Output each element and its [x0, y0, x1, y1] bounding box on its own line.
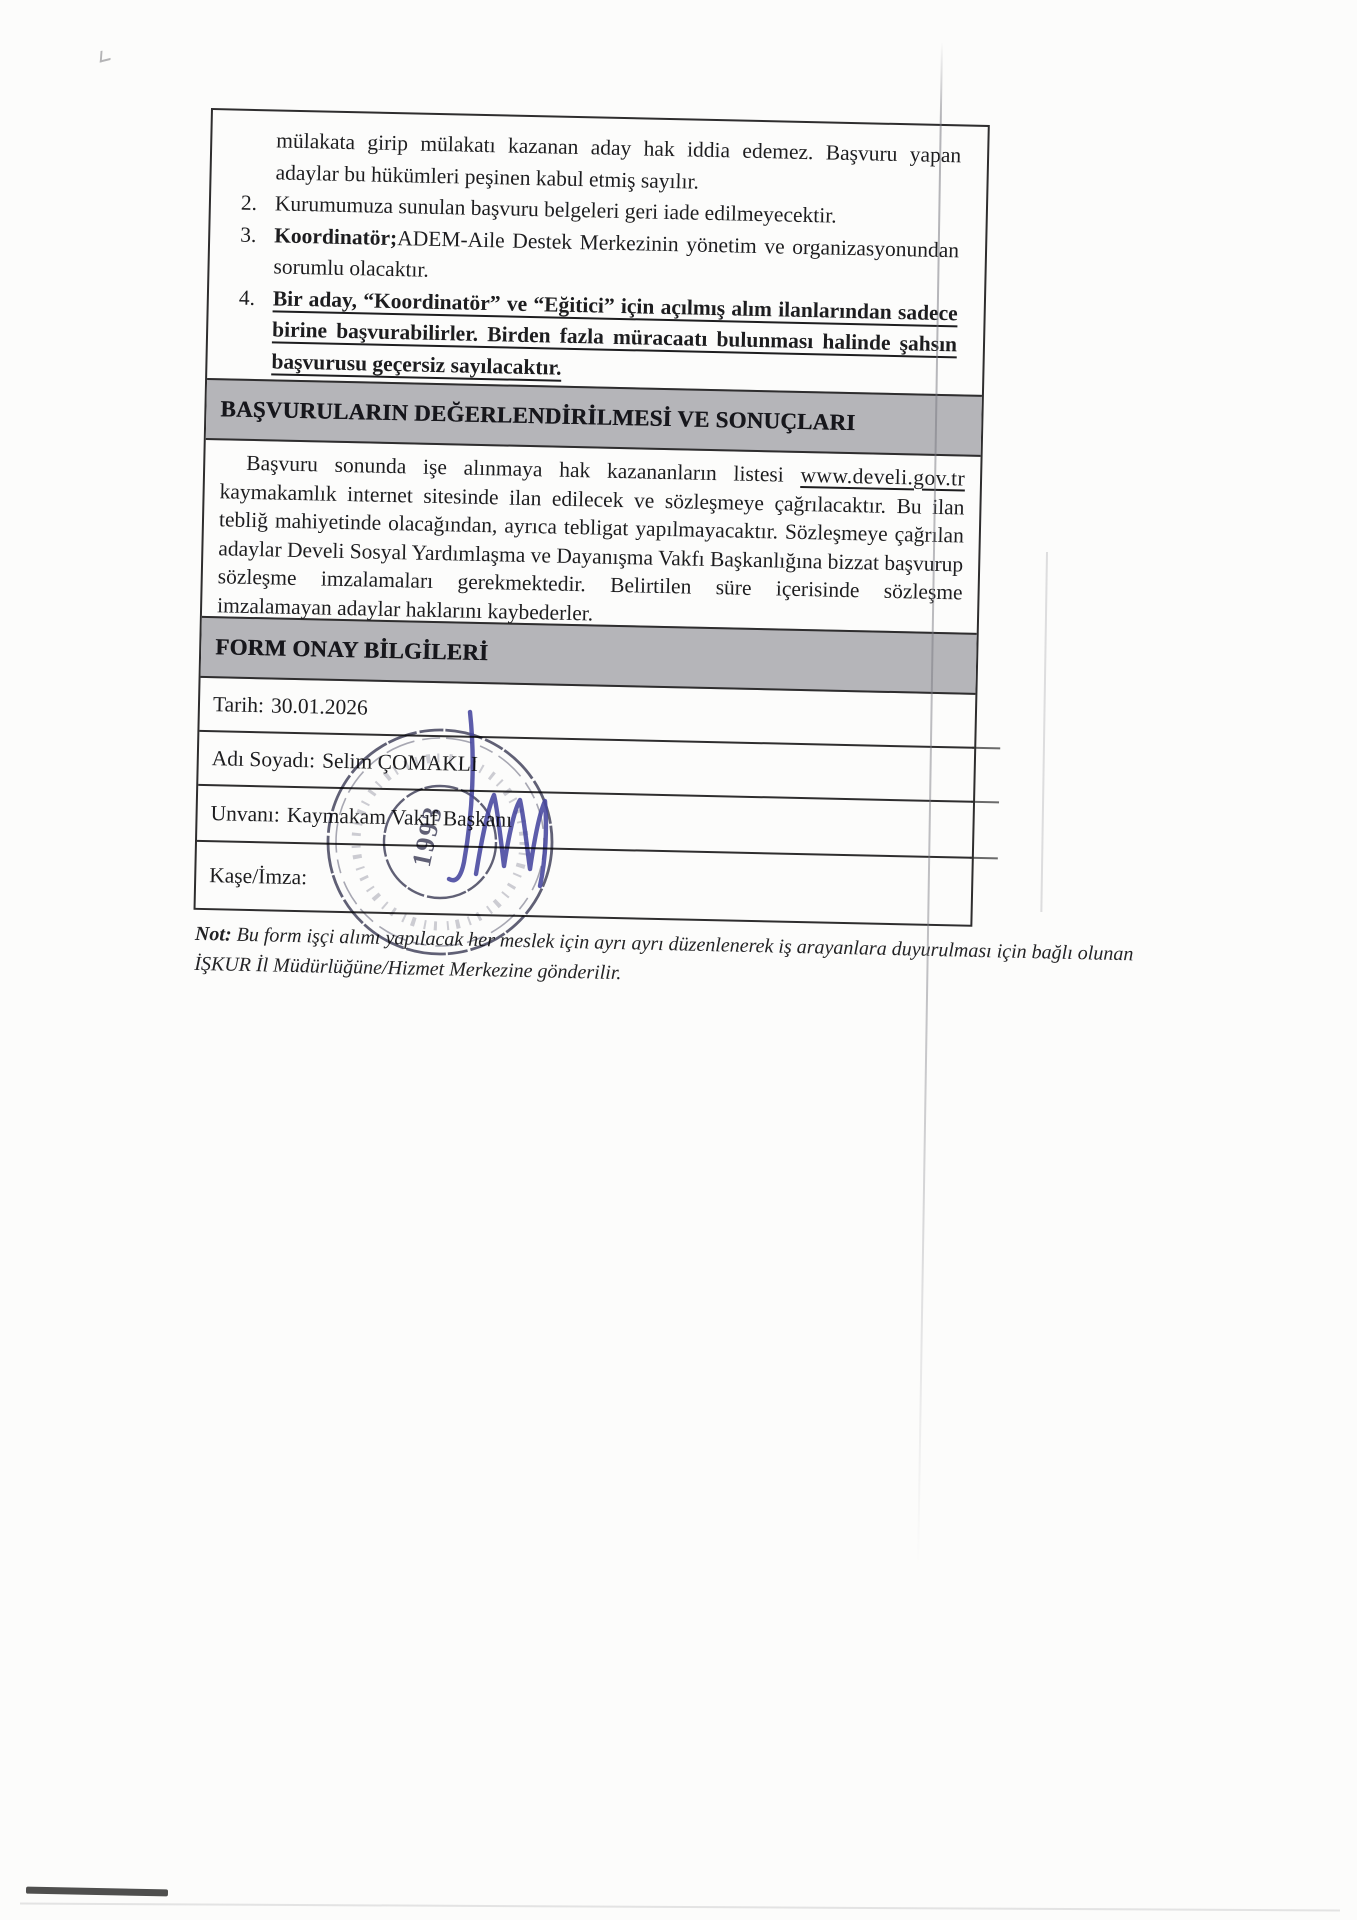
- numbered-list: mülakata girip mülakatı kazanan aday hak…: [207, 110, 988, 395]
- item-number: 2.: [233, 188, 276, 220]
- official-stamp: 1993: [310, 585, 570, 970]
- item-number: 3.: [231, 219, 274, 283]
- field-label: Tarih:: [213, 692, 265, 718]
- item-number: [233, 125, 276, 189]
- field-label: Adı Soyadı:: [212, 746, 316, 773]
- item-number: 4.: [229, 282, 273, 377]
- scan-edge-artifact: [26, 1887, 168, 1897]
- develi-gov-link: www.develi.gov.tr: [800, 463, 965, 491]
- signature: [449, 712, 546, 886]
- fold-crease-line-secondary: [1040, 552, 1047, 912]
- note-lead: Not:: [195, 923, 232, 946]
- scanned-document-page: mülakata girip mülakatı kazanan aday hak…: [0, 0, 1357, 1920]
- item-lead-bold: Koordinatör;: [274, 223, 398, 250]
- field-label: Kaşe/İmza:: [209, 863, 307, 890]
- field-label: Unvanı:: [210, 801, 280, 828]
- item-text: Bir aday, “Koordinatör” ve “Eğitici” içi…: [271, 283, 960, 392]
- scan-bottom-edge: [20, 1903, 1340, 1912]
- scan-speck: [100, 48, 111, 62]
- stamp-year: 1993: [406, 803, 448, 870]
- list-item-emphasized: 4. Bir aday, “Koordinatör” ve “Eğitici” …: [229, 282, 960, 392]
